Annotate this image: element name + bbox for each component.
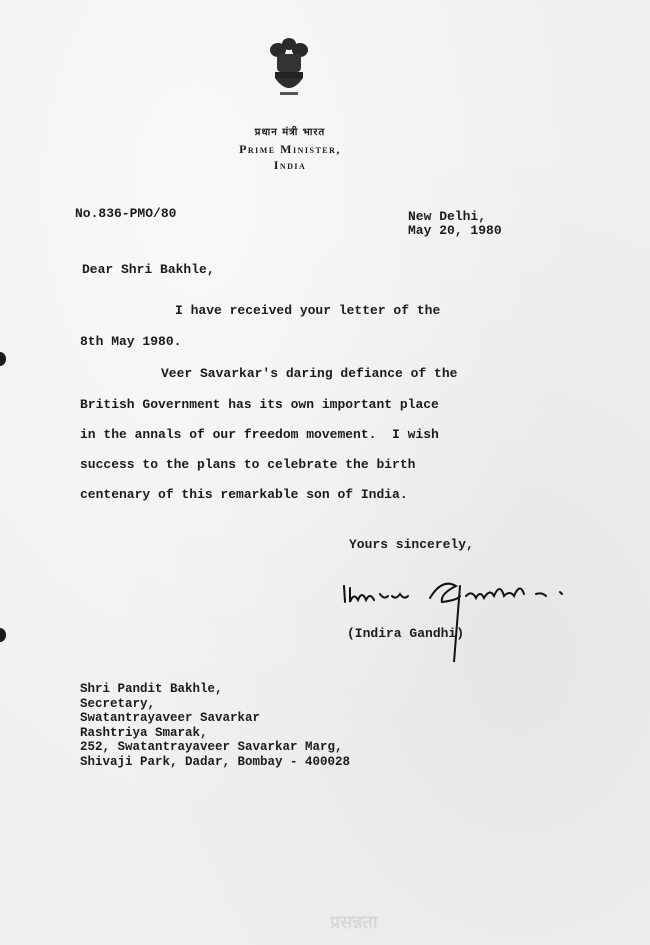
address-line: Shivaji Park, Dadar, Bombay - 400028 [80, 755, 350, 770]
title-line-2: India [200, 157, 380, 173]
body-line: I have received your letter of the [175, 303, 440, 318]
salutation: Dear Shri Bakhle, [82, 262, 215, 277]
body-line: 8th May 1980. [80, 334, 181, 349]
body-line: in the annals of our freedom movement. I… [80, 427, 439, 442]
address-line: Secretary, [80, 697, 350, 712]
title-line-1: Prime Minister, [200, 141, 380, 157]
place-date: New Delhi, May 20, 1980 [408, 210, 502, 238]
body-line: success to the plans to celebrate the bi… [80, 457, 415, 472]
body-line: British Government has its own important… [80, 397, 439, 412]
letterhead-title: Prime Minister, India [200, 141, 380, 173]
bleed-through-text: प्रसन्नता [330, 910, 378, 934]
address-line: Swatantrayaveer Savarkar [80, 711, 350, 726]
date: May 20, 1980 [408, 223, 502, 238]
hindi-title: प्रधान मंत्री भारत [220, 124, 360, 138]
place: New Delhi, [408, 209, 486, 224]
body-line: centenary of this remarkable son of Indi… [80, 487, 408, 502]
address-line: Rashtriya Smarak, [80, 726, 350, 741]
state-emblem-icon [266, 36, 312, 102]
address-line: Shri Pandit Bakhle, [80, 682, 350, 697]
address-line: 252, Swatantrayaveer Savarkar Marg, [80, 740, 350, 755]
recipient-address: Shri Pandit Bakhle,Secretary,Swatantraya… [80, 682, 350, 769]
signatory-name: (Indira Gandhi) [347, 626, 464, 641]
reference-number: No.836-PMO/80 [75, 206, 176, 221]
closing: Yours sincerely, [349, 537, 474, 552]
body-line: Veer Savarkar's daring defiance of the [161, 366, 457, 381]
signature [338, 572, 578, 662]
